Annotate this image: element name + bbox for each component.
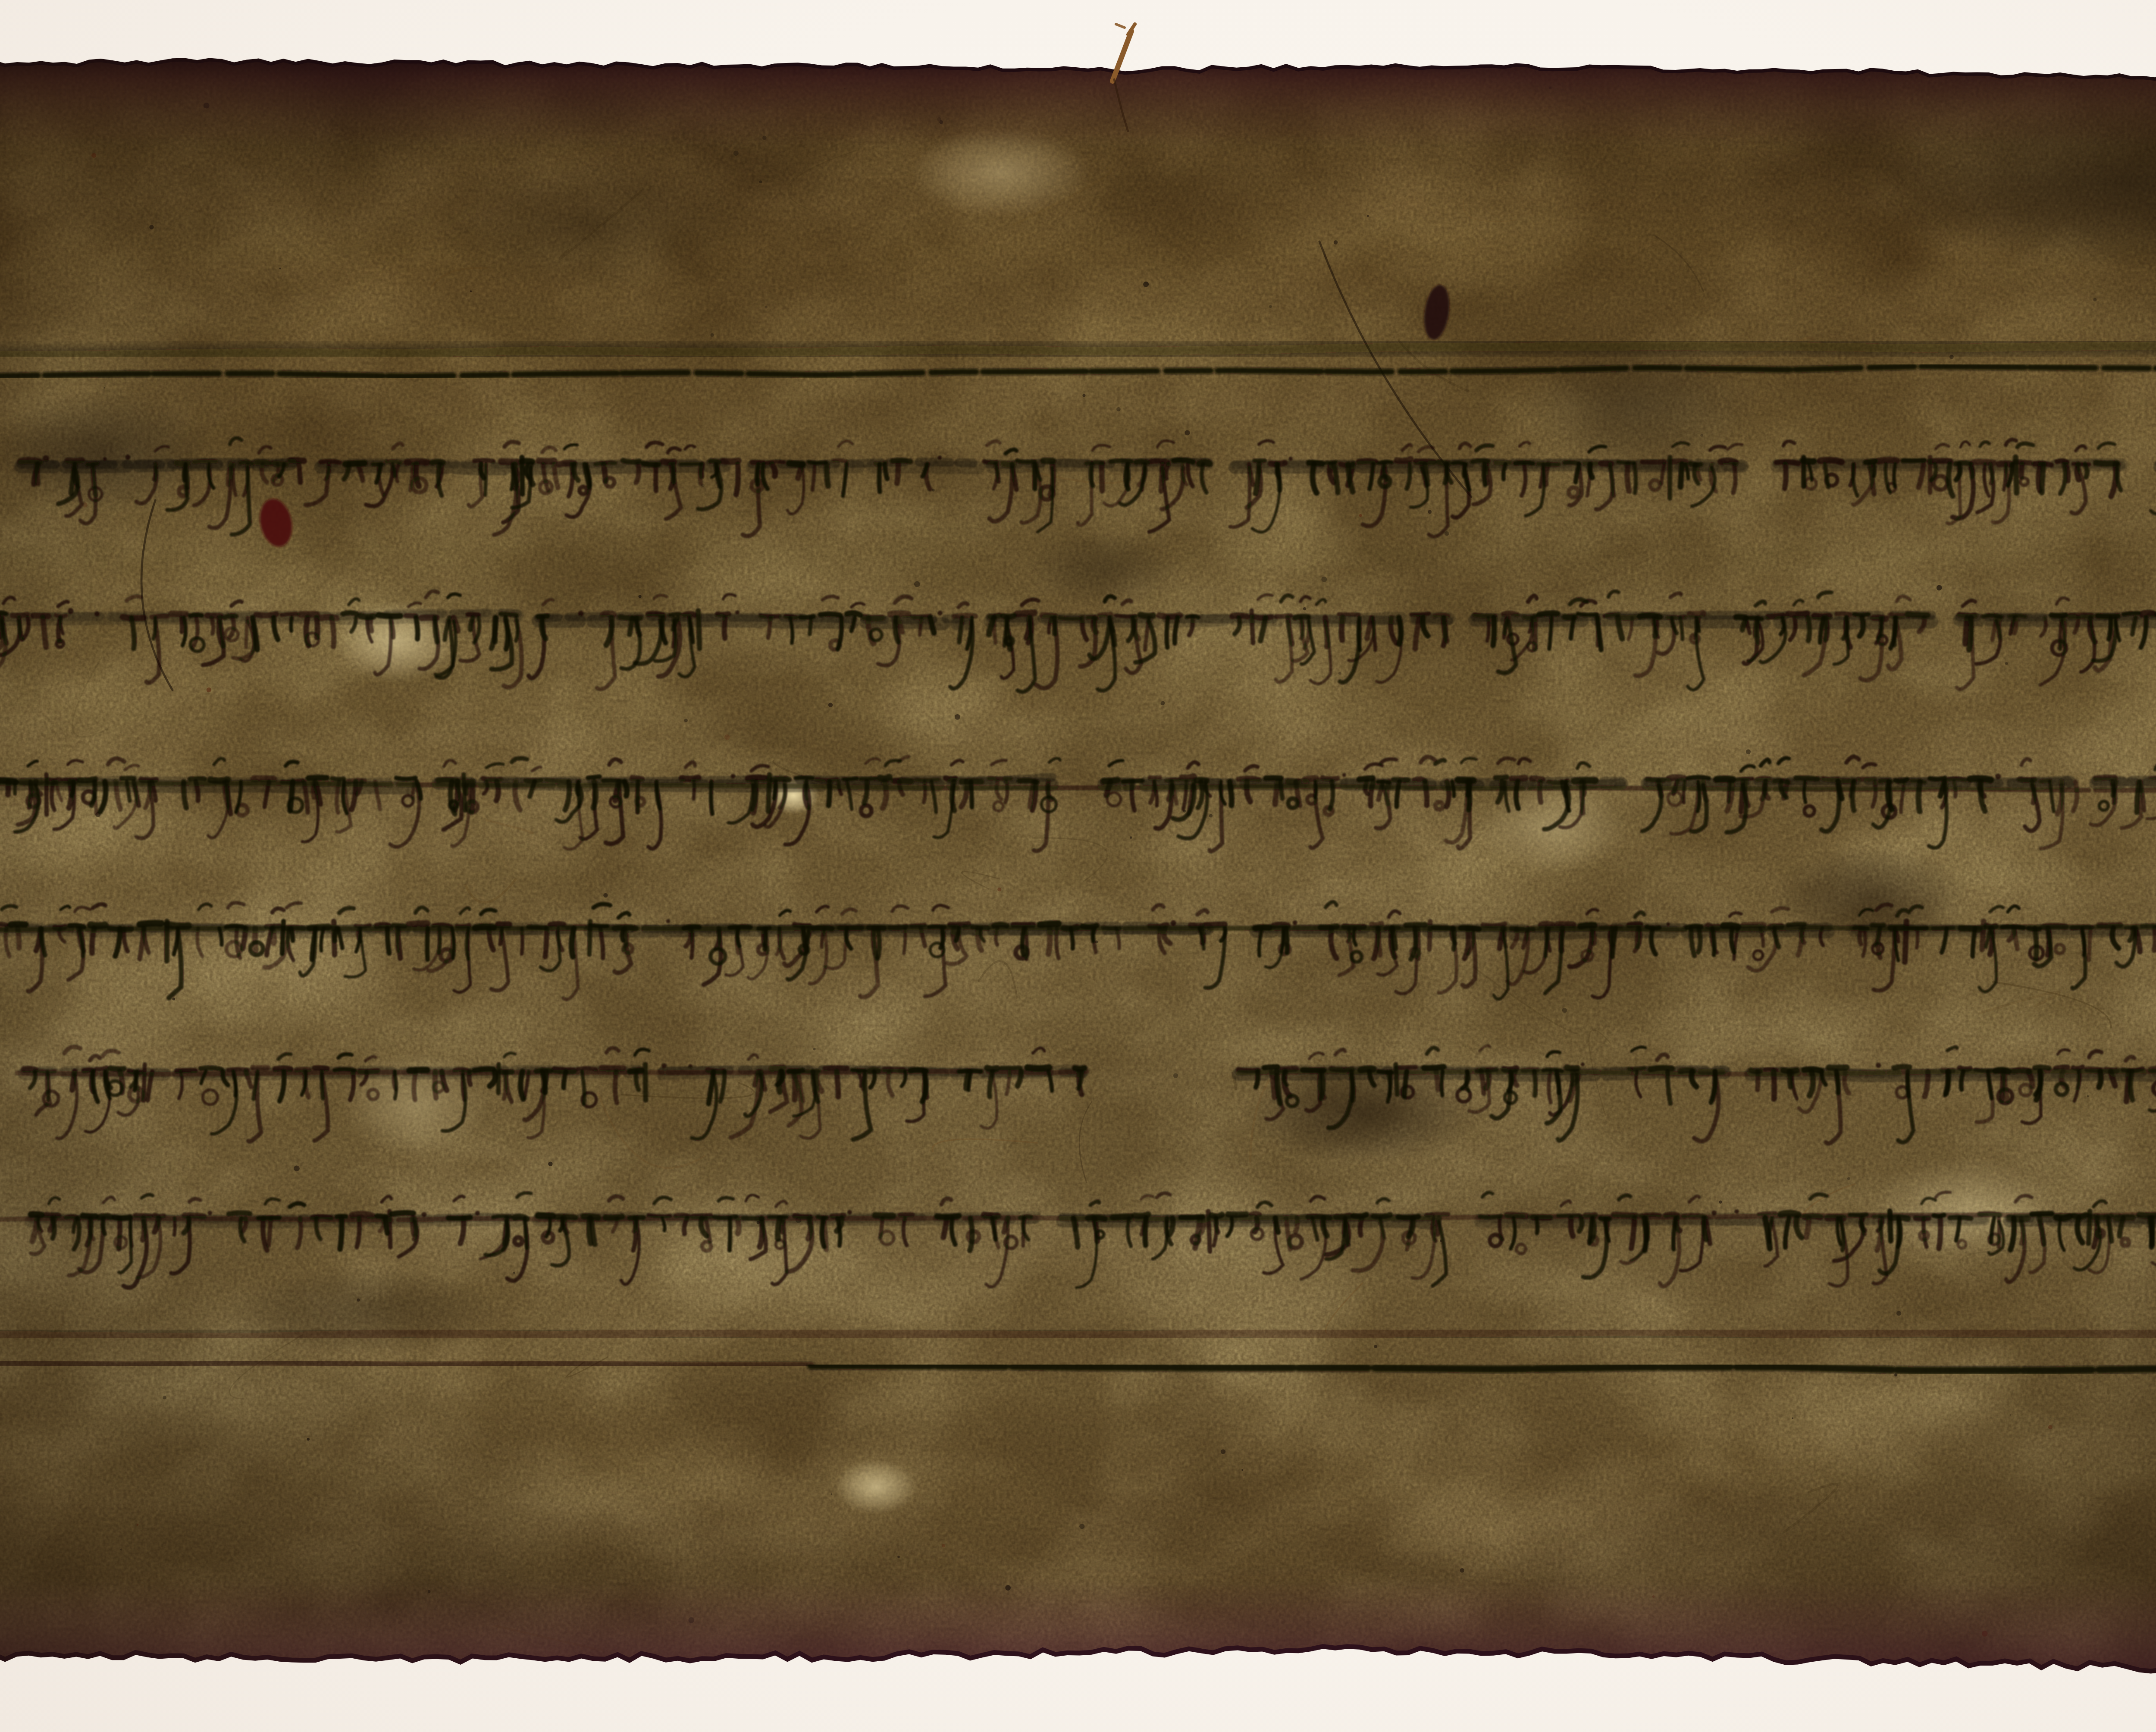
photo-vignette	[0, 0, 2156, 1732]
manuscript-leaf-photo	[0, 0, 2156, 1732]
photo-art-layer	[0, 0, 2156, 1732]
manuscript-leaf	[0, 0, 2156, 1732]
photo-background	[0, 0, 2156, 1732]
